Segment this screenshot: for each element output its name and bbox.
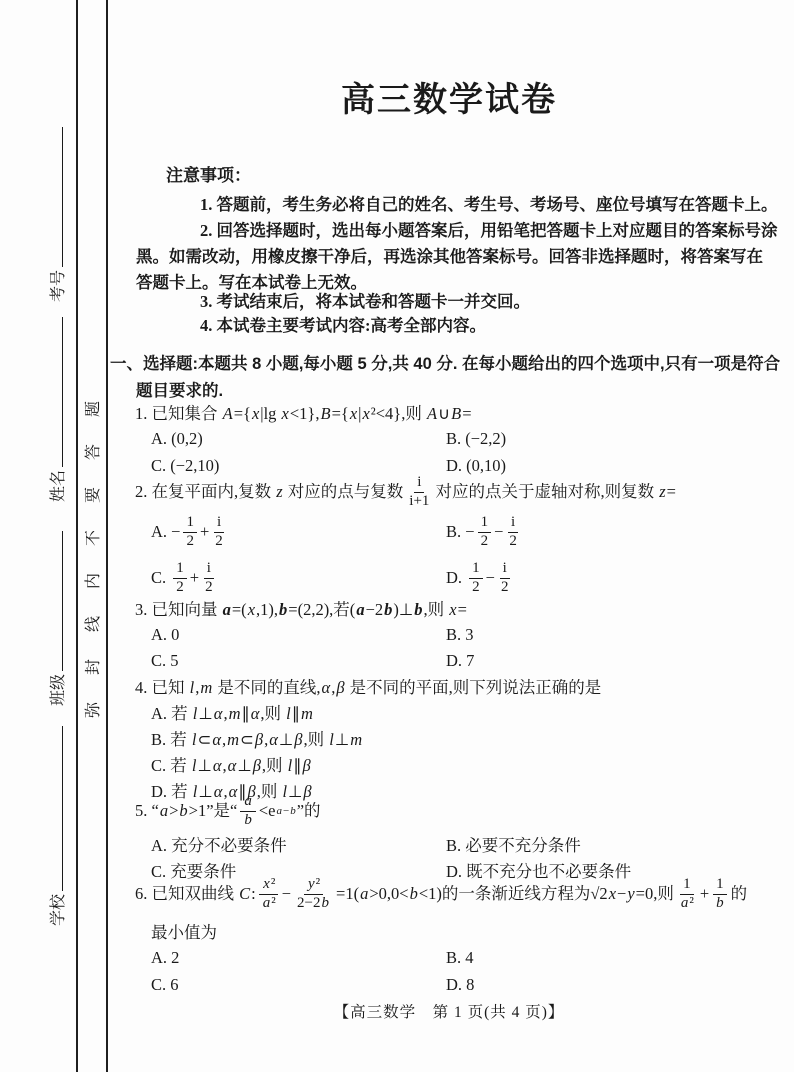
question-3-option-d: D. 7: [446, 651, 474, 671]
notice-line-5: 3. 考试结束后，将本试卷和答题卡一并交回。: [200, 290, 530, 314]
question-1-option-b: B. (−2,2): [446, 429, 506, 449]
section-header-line-2: 题目要求的.: [136, 379, 223, 403]
question-6-stem-line-2: 最小值为: [151, 921, 217, 945]
question-4-stem: 4. 已知 l,m 是不同的直线,α,β 是不同的平面,则下列说法正确的是: [135, 676, 601, 700]
notice-heading: 注意事项：: [166, 164, 251, 188]
field-school-label: 学校: [45, 894, 68, 926]
question-2-option-a: A. −12+i2: [151, 510, 229, 554]
question-1-stem: 1. 已知集合 A={x|lg x<1},B={x|x²<4},则 A∪B=: [135, 402, 472, 426]
question-2-option-b: B. −12−i2: [446, 510, 523, 554]
question-6-stem: 6. 已知双曲线 C:x²a²−y²2−2b=1(a>0,0<b<1)的一条渐近…: [135, 869, 747, 919]
question-2-option-d: D. 12−i2: [446, 556, 514, 600]
question-2-options-row-1: A. −12+i2 B. −12−i2: [110, 510, 788, 554]
question-3-option-a: A. 0: [151, 625, 179, 645]
question-3-option-b: B. 3: [446, 625, 474, 645]
field-class-label: 班级: [45, 674, 68, 706]
notice-line-2: 2. 回答选择题时，选出每小题答案后，用铅笔把答题卡上对应题目的答案标号涂: [200, 219, 778, 243]
question-6-option-d: D. 8: [446, 975, 474, 995]
page-footer: 【高三数学 第 1 页(共 4 页)】: [110, 1001, 788, 1025]
question-2-stem: 2. 在复平面内,复数 z 对应的点与复数ii+1对应的点关于虚轴对称,则复数 …: [135, 470, 676, 514]
field-student-name: 姓名: [45, 317, 67, 502]
question-3-stem: 3. 已知向量 a=(x,1),b=(2,2),若(a−2b)⊥b,则 x=: [135, 598, 467, 622]
question-6-option-c: C. 6: [151, 975, 179, 995]
exam-content: 高三数学试卷 注意事项： 1. 答题前，考生务必将自己的姓名、考生号、考场号、座…: [110, 0, 788, 1072]
question-5-option-a: A. 充分不必要条件: [151, 832, 287, 856]
question-1-options-row-1: A. (0,2) B. (−2,2): [110, 429, 788, 455]
field-school: 学校: [45, 726, 67, 926]
question-6-option-a: A. 2: [151, 948, 179, 968]
question-4-option-c: C. 若 l⊥α,α⊥β,则 l∥β: [151, 754, 312, 778]
field-class-blank: [61, 531, 63, 671]
question-5-stem: 5. “a>b>1”是“ab<ea−b”的: [135, 790, 321, 832]
question-5-options-row-1: A. 充分不必要条件 B. 必要不充分条件: [110, 832, 788, 858]
question-2-option-c: C. 12+i2: [151, 556, 219, 600]
field-school-blank: [61, 726, 63, 891]
seal-line-outer-rule: [106, 0, 108, 1072]
section-header-line-1: 一、选择题:本题共 8 小题,每小题 5 分,共 40 分. 在每小题给出的四个…: [110, 352, 780, 376]
question-3-option-c: C. 5: [151, 651, 179, 671]
question-3-options-row-2: C. 5 D. 7: [110, 651, 788, 677]
field-exam-number-label: 考号: [45, 270, 68, 302]
question-4-option-a: A. 若 l⊥α,m∥α,则 l∥m: [151, 702, 314, 726]
question-6-options-row-1: A. 2 B. 4: [110, 948, 788, 974]
exam-paper-page: 考号 姓名 班级 学校 弥封线内不要答题 高三数学试卷 注意事项： 1. 答题前…: [0, 0, 794, 1072]
notice-line-6: 4. 本试卷主要考试内容:高考全部内容。: [200, 314, 486, 338]
seal-line-inner-rule: [76, 0, 78, 1072]
question-6-options-row-2: C. 6 D. 8: [110, 975, 788, 1001]
field-student-name-blank: [61, 317, 63, 467]
field-student-name-label: 姓名: [45, 470, 68, 502]
page-title: 高三数学试卷: [110, 80, 788, 120]
question-6-option-b: B. 4: [446, 948, 474, 968]
field-class: 班级: [45, 531, 67, 706]
field-exam-number-blank: [61, 127, 63, 267]
seal-line-caption: 弥封线内不要答题: [80, 374, 100, 718]
field-exam-number: 考号: [45, 127, 67, 302]
question-1-option-a: A. (0,2): [151, 429, 203, 449]
notice-line-1: 1. 答题前，考生务必将自己的姓名、考生号、考场号、座位号填写在答题卡上。: [200, 193, 778, 217]
question-5-option-b: B. 必要不充分条件: [446, 832, 581, 856]
question-4-option-b: B. 若 l⊂α,m⊂β,α⊥β,则 l⊥m: [151, 728, 363, 752]
question-2-options-row-2: C. 12+i2 D. 12−i2: [110, 556, 788, 600]
notice-line-3: 黑。如需改动，用橡皮擦干净后，再选涂其他答案标号。回答非选择题时，将答案写在: [136, 245, 763, 269]
question-3-options-row-1: A. 0 B. 3: [110, 625, 788, 651]
